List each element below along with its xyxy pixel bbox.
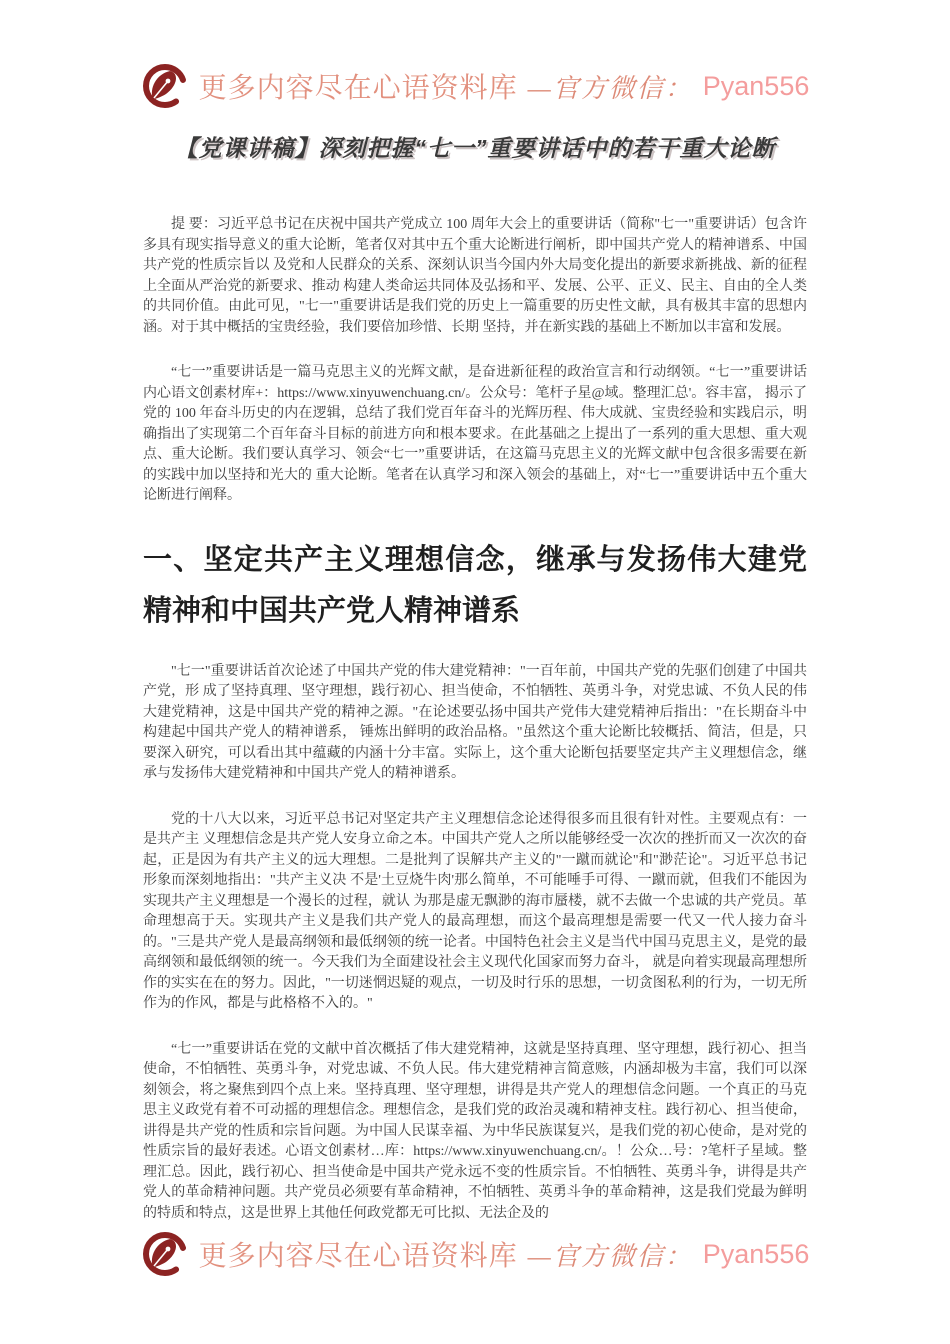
- header-brand: 更多内容尽在心语资料库 —官方微信： Pyan556: [0, 0, 950, 110]
- intro-paragraph: “七一”重要讲话是一篇马克思主义的光辉文献，是奋进新征程的政治宣言和行动纲领。“…: [143, 363, 807, 507]
- abstract-paragraph: 提 要：习近平总书记在庆祝中国共产党成立 100 周年大会上的重要讲话（简称"七…: [143, 215, 807, 338]
- pen-nib-logo-icon: [141, 62, 189, 110]
- pen-nib-logo-icon: [141, 1230, 189, 1278]
- section-1-paragraph: 党的十八大以来，习近平总书记对坚定共产主义理想信念论述得很多而且很有针对性。主要…: [143, 810, 807, 1015]
- document-title: 【党课讲稿】深刻把握“七一”重要讲话中的若干重大论断: [40, 130, 910, 163]
- brand-text: 更多内容尽在心语资料库: [199, 1234, 518, 1274]
- brand-wechat-account: Pyan556: [703, 71, 810, 102]
- section-1-heading: 一、坚定共产主义理想信念，继承与发扬伟大建党精神和中国共产党人精神谱系: [143, 535, 807, 638]
- footer-brand: 更多内容尽在心语资料库 —官方微信： Pyan556: [0, 1230, 950, 1278]
- brand-text: 更多内容尽在心语资料库: [199, 66, 518, 106]
- section-1-paragraph: "七一"重要讲话首次论述了中国共产党的伟大建党精神："一百年前，中国共产党的先驱…: [143, 662, 807, 785]
- document-page: 更多内容尽在心语资料库 —官方微信： Pyan556 【党课讲稿】深刻把握“七一…: [0, 0, 950, 1344]
- section-1-paragraph: “七一”重要讲话在党的文献中首次概括了伟大建党精神，这就是坚持真理、坚守理想，践…: [143, 1040, 807, 1225]
- brand-wechat-account: Pyan556: [703, 1239, 810, 1270]
- brand-wechat-label: —官方微信：: [528, 68, 693, 105]
- document-body: 提 要：习近平总书记在庆祝中国共产党成立 100 周年大会上的重要讲话（简称"七…: [143, 215, 807, 1224]
- brand-wechat-label: —官方微信：: [528, 1236, 693, 1273]
